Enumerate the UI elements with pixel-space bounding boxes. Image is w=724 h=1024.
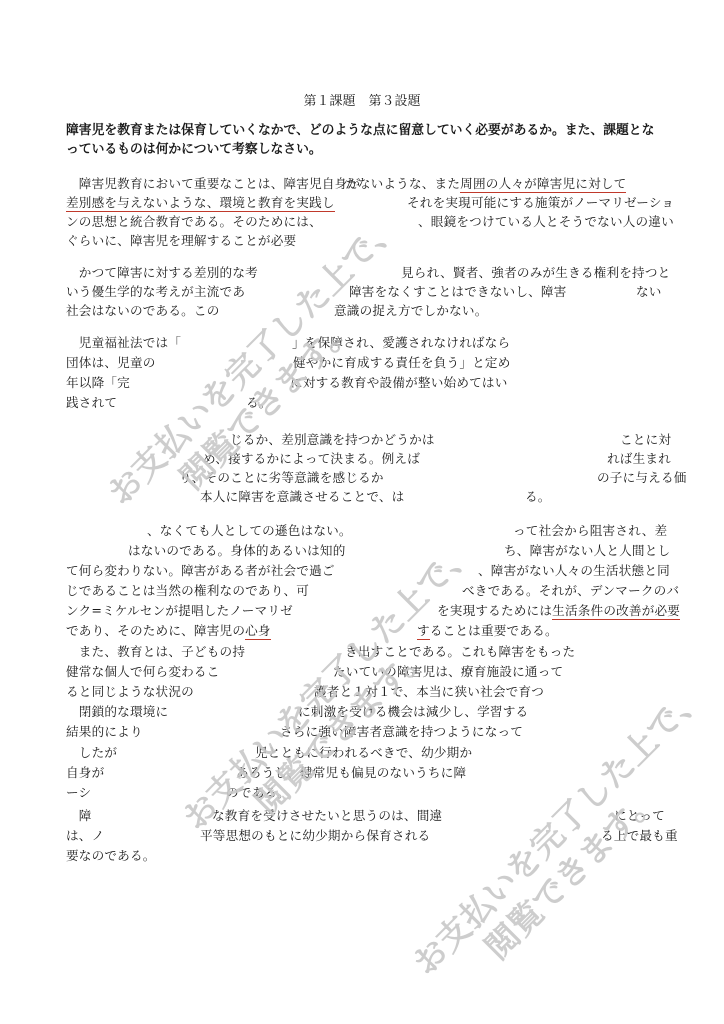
text-fragment: のである。 (226, 785, 290, 801)
text-fragment: したが (66, 745, 117, 761)
text-fragment: る。 (246, 395, 272, 411)
text-fragment: 自身が (66, 765, 104, 781)
text-fragment: って社会から阻害され、差 (513, 523, 667, 539)
text-fragment: にとって (614, 808, 665, 824)
text-fragment: て何ら変わりない。障害がある者が社会で過ご (66, 563, 335, 579)
text-fragment: 、眼鏡をつけている人とそうでない人の違い (418, 214, 674, 230)
text-fragment: たないような、また周囲の人々が障害児に対して (345, 176, 626, 192)
text-fragment: べきである。それが、デンマークのバ (462, 583, 679, 599)
text-fragment: かつて障害に対する差別的な考 (66, 265, 258, 281)
text-fragment: 社会はないのである。この (66, 303, 220, 319)
text-fragment: いう優生学的な考えが主流であ (66, 284, 245, 300)
text-fragment: あろうし、健常児も偏見のないうちに障 (236, 765, 466, 781)
text-fragment: 平等思想のもとに幼少期から保育される (200, 828, 430, 844)
text-fragment: を実現するためには生活条件の改善が必要 (437, 603, 680, 619)
text-fragment: 」を保障され、愛護されなければなら (292, 335, 510, 351)
underlined-text: 差別感を与えないような、環境と教育を実践し (66, 195, 335, 212)
text-fragment: ーシ (66, 785, 91, 801)
text-fragment: 健常な個人で何ら変わるこ (66, 664, 220, 680)
underlined-text: 生活条件の改善が必要 (552, 603, 680, 620)
text-fragment: じであることは当然の権利なのであり、可 (66, 583, 309, 599)
text-fragment: 団体は、児童の (66, 355, 156, 371)
text-fragment: れば生まれ (607, 451, 671, 467)
text-fragment: ると同じような状況の (66, 684, 194, 700)
text-fragment: 差別感を与えないような、環境と教育を実践し (66, 195, 335, 211)
text-fragment: き出すことである。これも障害をもった (345, 644, 575, 660)
text-fragment: たないような、また (345, 176, 460, 191)
underlined-text: 心身 (245, 623, 271, 640)
text-fragment: じるか、差別意識を持つかどうかは (230, 432, 435, 448)
document-page: 第１課題 第３設題 障害児を教育または保育していくなかで、どのような点に留意して… (0, 0, 724, 1024)
text-fragment: することは重要である。 (417, 623, 558, 639)
text-fragment: 要なのである。 (66, 848, 156, 864)
assignment-question: 障害児を教育または保育していくなかで、どのような点に留意していく必要があるか。ま… (66, 121, 666, 159)
text-fragment: め、接するかによって決まる。例えば (203, 451, 420, 467)
text-fragment: それを実現可能にする施策がノーマリゼーショ (407, 195, 674, 211)
text-fragment: は、ノ (66, 828, 104, 844)
text-fragment: ぐらいに、障害児を理解することが必要 (66, 233, 296, 249)
text-fragment: はないのである。身体的あるいは知的 (128, 543, 346, 559)
text-fragment: また、教育とは、子どもの持 (66, 644, 245, 660)
text-fragment: ンク=ミケルセンが提唱したノーマリゼ (66, 603, 293, 619)
underlined-text: 周囲の人々が障害児に対して (460, 176, 626, 193)
text-fragment: 閉鎖的な環境に (66, 704, 168, 720)
text-fragment: 障害をなくすことはできないし、障害 (349, 284, 567, 300)
text-fragment: 、なくても人としての遜色はない。 (147, 523, 352, 539)
text-fragment: な教育を受けさせたいと思うのは、間違 (212, 808, 442, 824)
text-fragment: 障害児教育において重要なことは、障害児自身が (66, 176, 360, 192)
text-fragment: さらに強い障害者意識を持つようになって (280, 724, 523, 740)
text-fragment: 児とともに行われるべきで、幼少期か (255, 745, 472, 761)
text-fragment: に対する教育や設備が整い始めてはい (290, 375, 508, 391)
text-fragment: 践されて (66, 395, 117, 411)
text-fragment: ることは重要である。 (430, 623, 558, 638)
text-fragment: の子に与える価 (597, 470, 687, 486)
text-fragment: る上で最も重 (601, 828, 678, 844)
text-fragment: ことに対 (620, 432, 671, 448)
text-fragment: る。 (525, 489, 551, 505)
text-fragment: であり、そのために、障害児の心身 (66, 623, 271, 639)
text-fragment: 護者と１対１で、本当に狭い社会で育つ (314, 684, 544, 700)
text-fragment: 本人に障害を意識させることで、は (200, 489, 404, 505)
watermark-line-2: 閲覧できます。 (433, 704, 724, 1012)
text-fragment: 障 (66, 808, 92, 824)
text-fragment: 見られ、賢者、強者のみが生きる権利を持つと (401, 265, 670, 281)
text-fragment: 、障害がない人々の生活状態と同 (478, 563, 670, 579)
text-fragment: ンの思想と統合教育である。そのためには、 (66, 214, 322, 230)
text-fragment: 児童福祉法では「 (66, 335, 181, 351)
text-fragment: であり、そのために、障害児の (66, 623, 245, 638)
text-fragment: に刺激を受ける機会は減少し、学習する (298, 704, 528, 720)
text-fragment: ない (636, 284, 662, 300)
text-fragment: 結果的により (66, 724, 143, 740)
text-fragment: たいていの障害児は、療育施設に通って (333, 664, 563, 680)
document-title: 第１課題 第３設題 (0, 90, 724, 109)
text-fragment: 意識の捉え方でしかない。 (334, 303, 488, 319)
underlined-text: す (417, 623, 430, 640)
text-fragment: ち、障害がない人と人間とし (504, 543, 670, 559)
text-fragment: 健やかに育成する責任を負う」と定め (293, 355, 511, 371)
text-fragment: 年以降「完 (66, 375, 130, 391)
text-fragment: を実現するためには (437, 603, 552, 618)
text-fragment: り、そのことに劣等意識を感じるか (179, 470, 384, 486)
